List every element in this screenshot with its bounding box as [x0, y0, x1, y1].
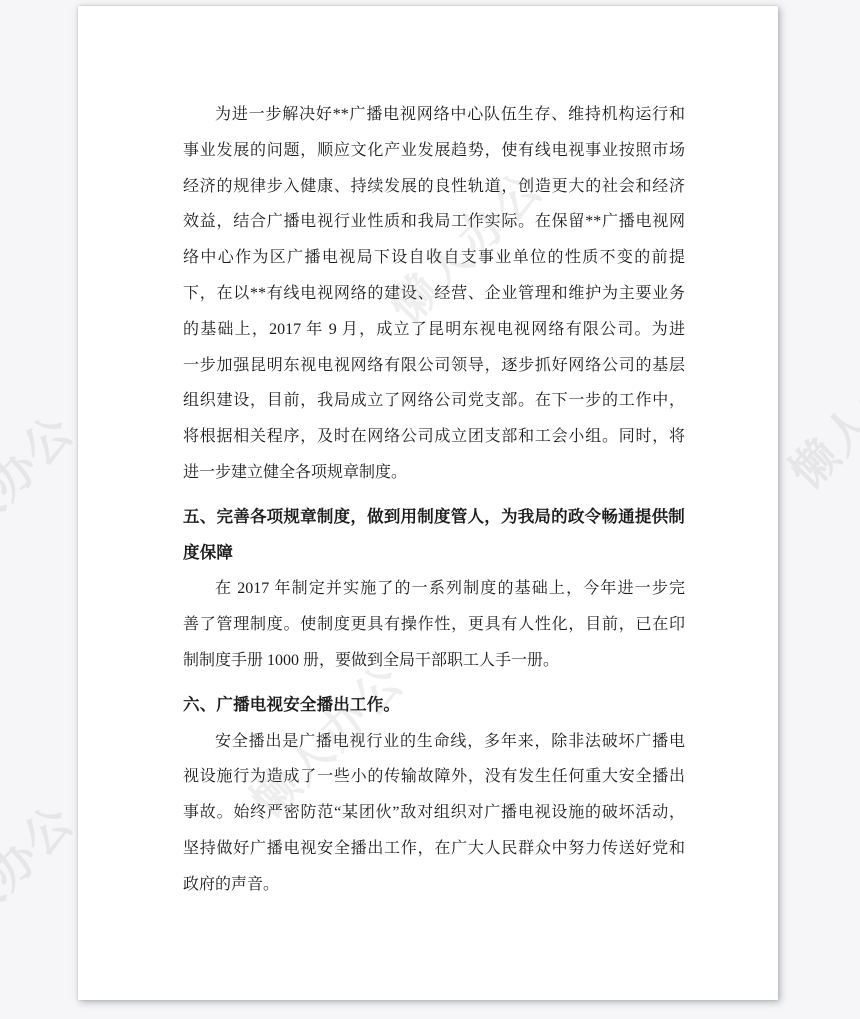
text-line: 下，在以**有线电视网络的建设、经营、企业管理和维护为主要业务 [183, 276, 685, 312]
text-line: 组织建设，目前，我局成立了网络公司党支部。在下一步的工作中， [183, 383, 685, 419]
document-page: 为进一步解决好**广播电视网络中心队伍生存、维持机构运行和事业发展的问题，顺应文… [78, 6, 778, 1000]
text-line: 效益，结合广播电视行业性质和我局工作实际。在保留**广播电视网 [183, 204, 685, 240]
text-line: 络中心作为区广播电视局下设自收自支事业单位的性质不变的前提 [183, 240, 685, 276]
paragraph: 安全播出是广播电视行业的生命线，多年来，除非法破坏广播电视设施行为造成了一些小的… [183, 724, 685, 903]
watermark-text: 懒人办公 [773, 319, 860, 501]
text-line: 坚持做好广播电视安全播出工作，在广大人民群众中努力传送好党和 [183, 831, 685, 867]
text-line: 政府的声音。 [183, 867, 685, 903]
text-line: 六、广播电视安全播出工作。 [183, 688, 685, 724]
document-body: 为进一步解决好**广播电视网络中心队伍生存、维持机构运行和事业发展的问题，顺应文… [183, 97, 685, 903]
section-heading: 六、广播电视安全播出工作。 [183, 688, 685, 724]
text-line: 经济的规律步入健康、持续发展的良性轨道，创造更大的社会和经济 [183, 169, 685, 205]
text-line: 五、完善各项规章制度，做到用制度管人，为我局的政令畅通提供制 [183, 500, 685, 536]
watermark-text: 懒人办公 [0, 398, 86, 580]
paragraph: 为进一步解决好**广播电视网络中心队伍生存、维持机构运行和事业发展的问题，顺应文… [183, 97, 685, 491]
text-line: 一步加强昆明东视电视网络有限公司领导，逐步抓好网络公司的基层 [183, 348, 685, 384]
text-line: 制制度手册 1000 册，要做到全局干部职工人手一册。 [183, 643, 685, 679]
watermark-text: 懒人办公 [0, 788, 86, 970]
text-line: 视设施行为造成了一些小的传输故障外，没有发生任何重大安全播出 [183, 759, 685, 795]
text-line: 事业发展的问题，顺应文化产业发展趋势，使有线电视事业按照市场 [183, 133, 685, 169]
text-line: 善了管理制度。使制度更具有操作性，更具有人性化，目前，已在印 [183, 607, 685, 643]
paragraph: 在 2017 年制定并实施了的一系列制度的基础上，今年进一步完善了管理制度。使制… [183, 571, 685, 678]
text-line: 进一步建立健全各项规章制度。 [183, 455, 685, 491]
text-line: 安全播出是广播电视行业的生命线，多年来，除非法破坏广播电 [183, 724, 685, 760]
text-line: 将根据相关程序，及时在网络公司成立团支部和工会小组。同时，将 [183, 419, 685, 455]
text-line: 在 2017 年制定并实施了的一系列制度的基础上，今年进一步完 [183, 571, 685, 607]
text-line: 事故。始终严密防范“某团伙”敌对组织对广播电视设施的破坏活动， [183, 795, 685, 831]
document-viewer: 为进一步解决好**广播电视网络中心队伍生存、维持机构运行和事业发展的问题，顺应文… [0, 0, 860, 1019]
section-heading: 五、完善各项规章制度，做到用制度管人，为我局的政令畅通提供制度保障 [183, 500, 685, 572]
text-line: 为进一步解决好**广播电视网络中心队伍生存、维持机构运行和 [183, 97, 685, 133]
text-line: 的基础上，2017 年 9 月，成立了昆明东视电视网络有限公司。为进 [183, 312, 685, 348]
text-line: 度保障 [183, 536, 685, 572]
